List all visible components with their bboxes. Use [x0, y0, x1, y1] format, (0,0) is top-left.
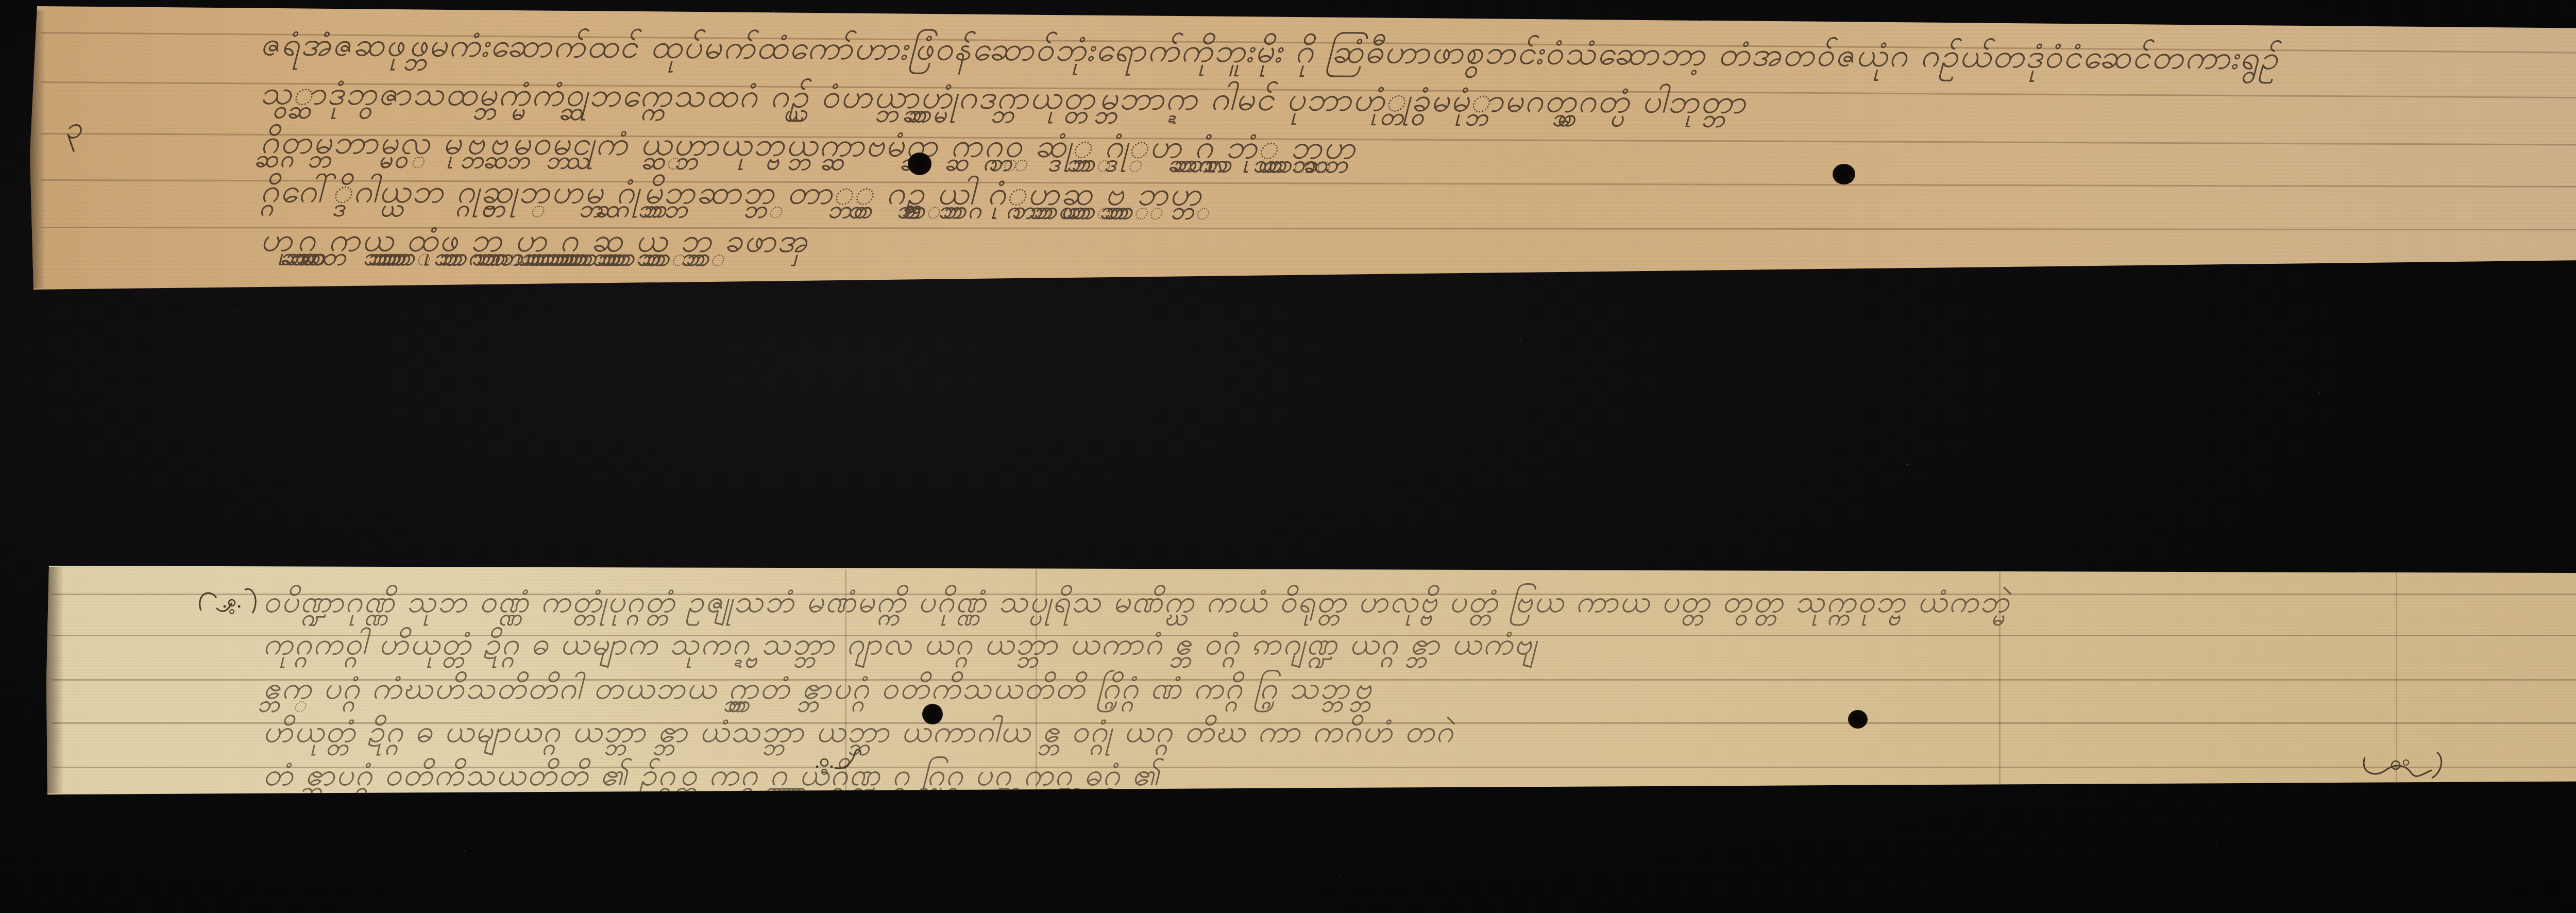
- cloth-speck: [2215, 845, 2217, 847]
- manuscript-line: ဂ္ဆ္ဂိဝာမ္ဘဘာမ္မွလ္ မုဗ္ဘဗ္ဆမ္ဘ၀မ္ဘင္သုက…: [260, 121, 1357, 175]
- flourish-ornament-icon: [804, 742, 866, 788]
- manuscript-line: ကုဂ္ဂကဝ္ဂါ ဟိယုတ္တံ ဍိဂ္ဂ ဓ ယမျာက သုကဂ္ဍ…: [263, 624, 1537, 670]
- cloth-speck: [1082, 422, 1083, 424]
- cloth-speck: [773, 10, 774, 12]
- cloth-speck: [464, 850, 465, 852]
- manuscript-line: တံ ဧ္ဘာပဂ္ဂံ ဝတိကိသယတိတိ ၏ ဉ်ဂ္ဂဝ္ဘ ကဂ္ဂ…: [263, 755, 1160, 801]
- palm-leaf-top: ၃ ဇရံအံဇဆဖုဖ္ဘမကံးဆောက်ထင် ထုပ်မက်ထံကော်…: [0, 0, 2576, 309]
- flourish-ornament-icon: [2360, 742, 2447, 788]
- cloth-speck: [2318, 392, 2320, 393]
- photo-scene: ၃ ဇရံအံဇဆဖုဖ္ဘမကံးဆောက်ထင် ထုပ်မက်ထံကော်…: [0, 0, 2576, 913]
- cloth-speck: [1340, 876, 1341, 877]
- cloth-speck: [1906, 464, 1908, 465]
- cloth-speck: [237, 309, 239, 311]
- string-hole: [922, 704, 943, 724]
- cloth-speck: [639, 361, 640, 362]
- manuscript-line: သွ္ဆာဒုံဘွဇာသထမ္ဘက္မံကံ၀္ဆုဘက္ကေသထဂံ ဂဥ္…: [260, 72, 1747, 130]
- string-hole: [1833, 164, 1855, 184]
- manuscript-line: ဂ္ဂိဂေါ်္ဒိဂါယ္ယဘ ဂ္ဂ္ဗုဆ္ဘုဘ္ဟမ္ဘ ဂ္ဂ္ဆ…: [260, 170, 1203, 222]
- leaf-number: ၃: [64, 108, 82, 154]
- string-hole: [908, 153, 931, 175]
- leaf-edge-shadow: [30, 10, 45, 289]
- manuscript-line: ဧ္ဘက္ ပဂ္ဂံ ကံဃဟိသတိတိဂါ တယဘယ ဂ္ဗ္ဘ္ဘာတံ…: [263, 669, 1372, 714]
- manuscript-line: ဝပိဏ္ဍာဂုဏ္ဏိ သုဘ ဝဏ္ဏံ ကတ္တုံပုဂ္ဂတ္တံ …: [263, 582, 2010, 628]
- leaf-edge-shadow: [46, 567, 64, 793]
- string-hole: [1848, 710, 1868, 729]
- flourish-ornament-icon: [196, 580, 263, 626]
- manuscript-line: ဟုဂ္ဘ္ဘ္ဘ္ဆ္ဘ္ ဂ္ဘ္ဆာယ္ဘ္ဘ္ဘ္ဘ္ဘ္ဘ္ဘ္ ထု…: [260, 219, 808, 268]
- cloth-speck: [1520, 340, 1521, 342]
